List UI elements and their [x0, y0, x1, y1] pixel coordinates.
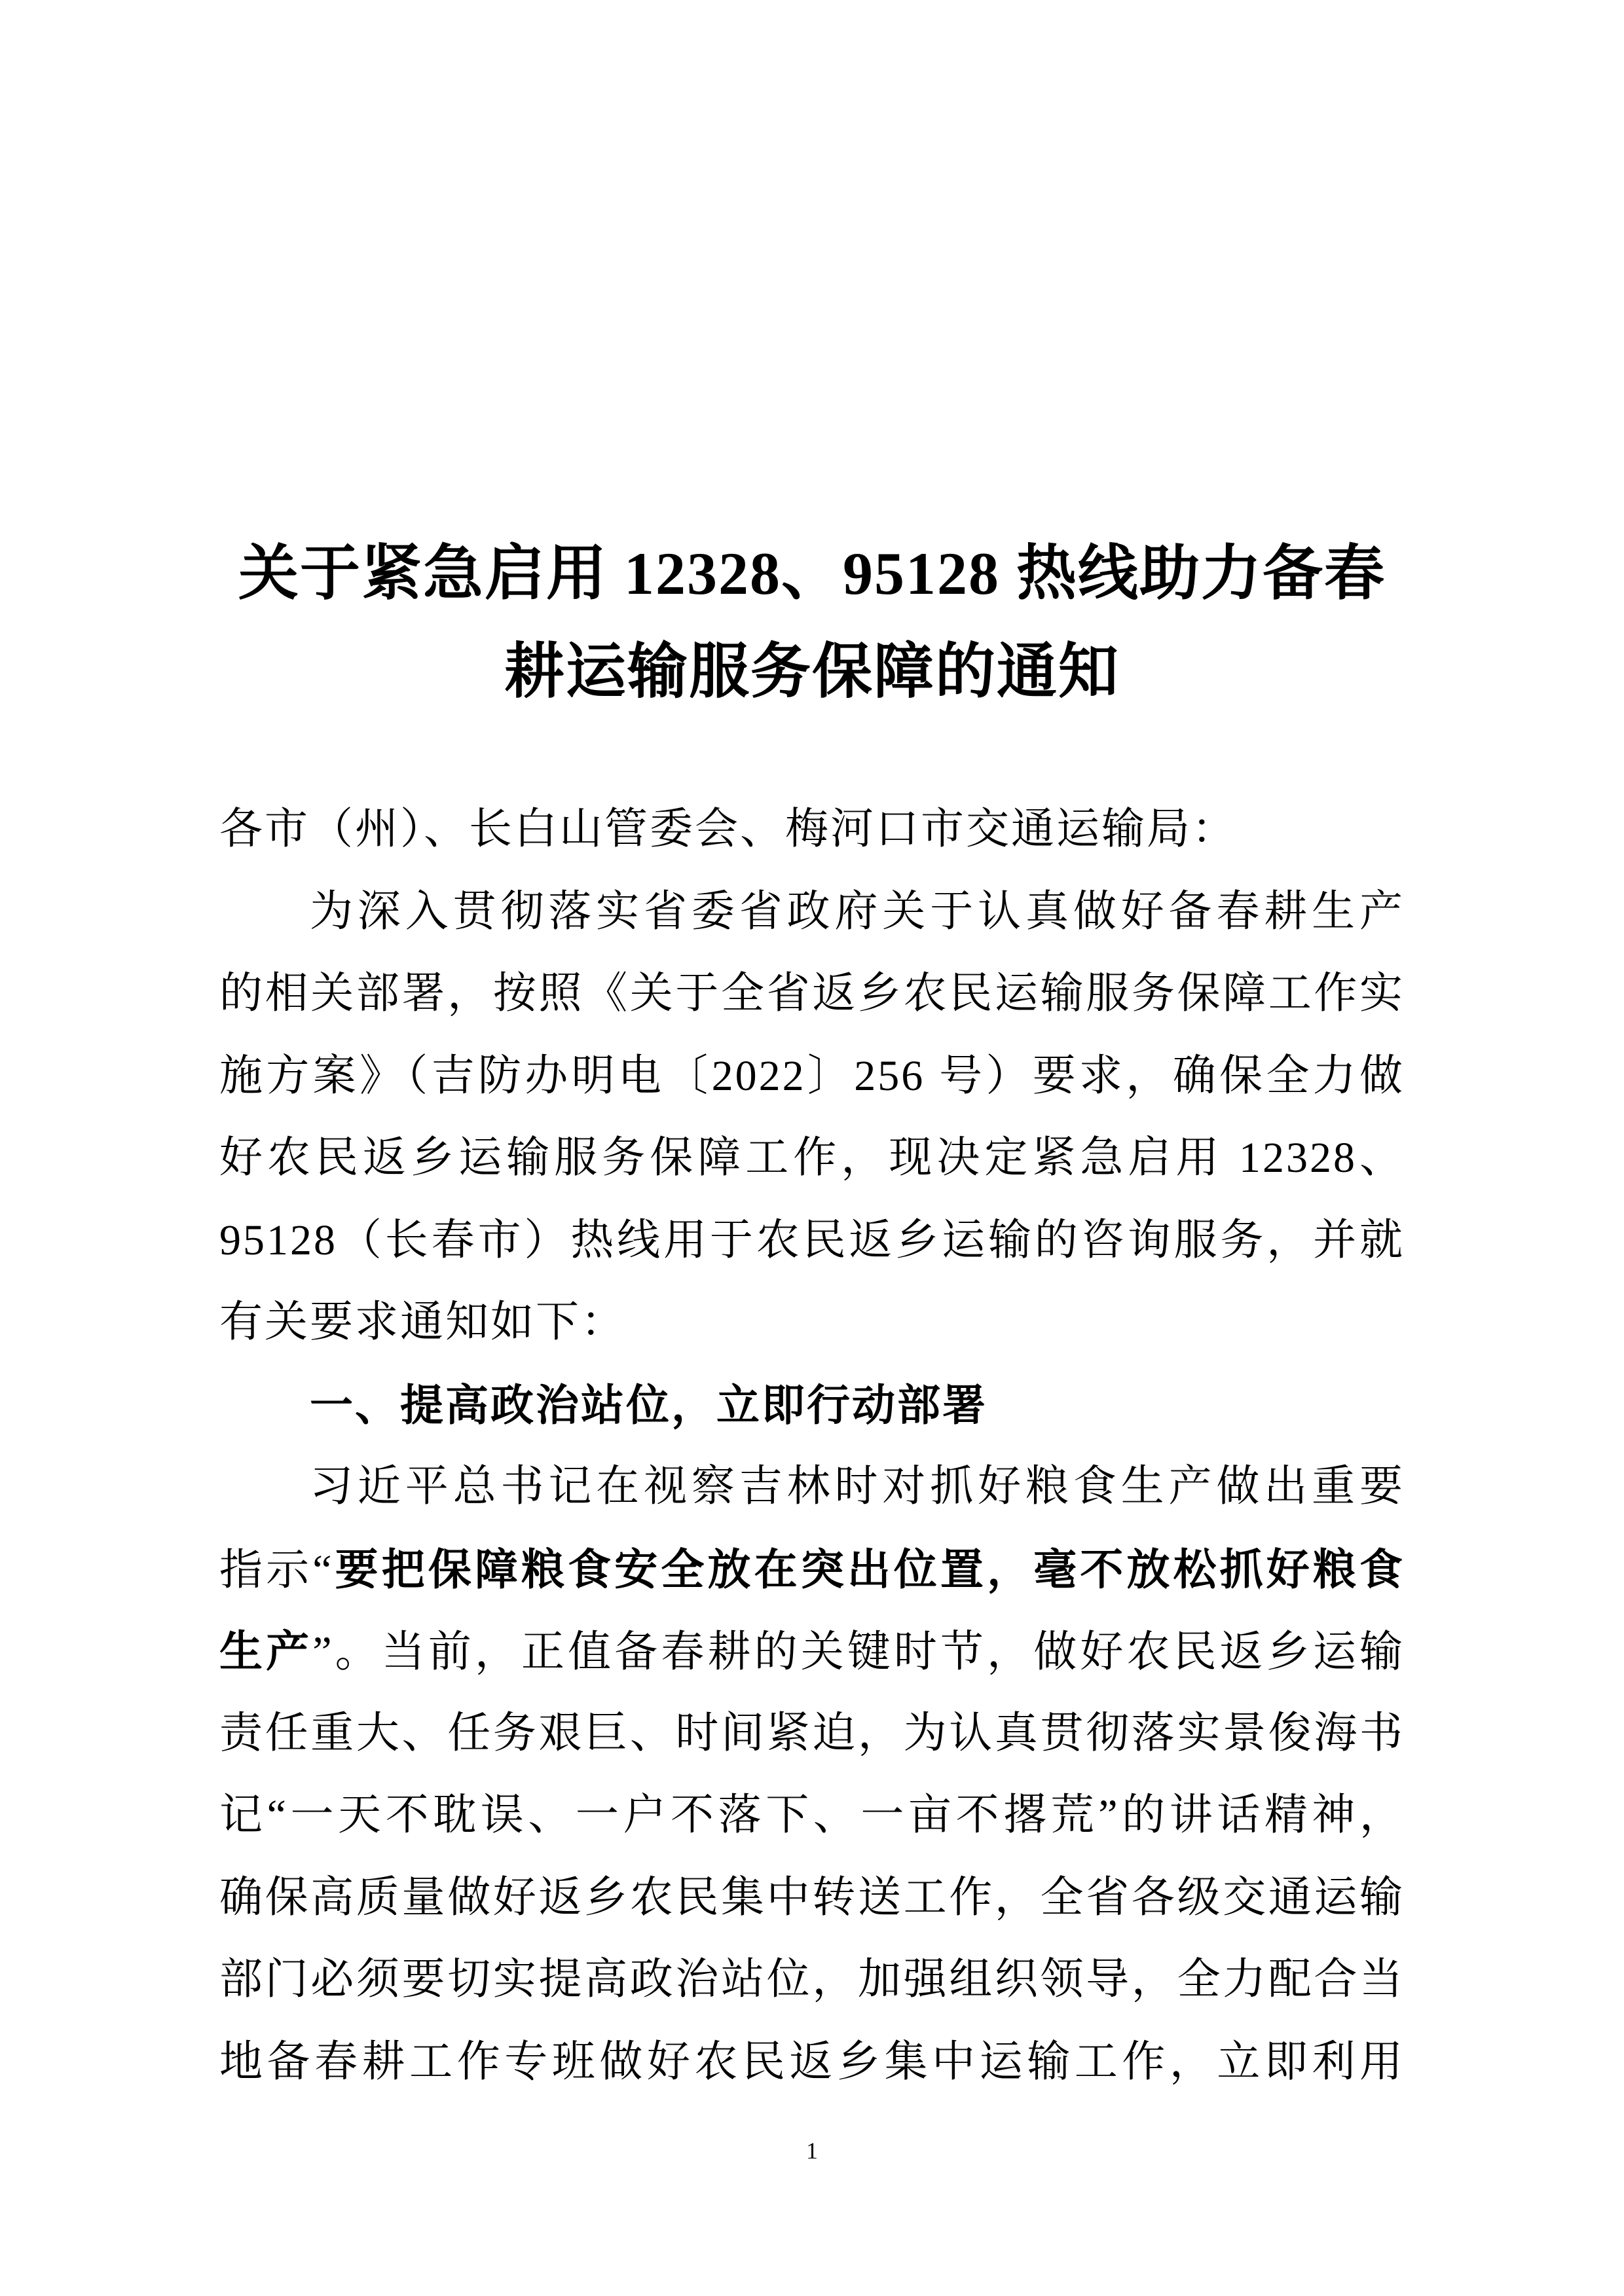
bold-text-segment: 生产: [219, 1627, 312, 1675]
body-line: 地备春耕工作专班做好农民返乡集中运输工作，立即利用: [219, 2021, 1405, 2104]
body-line: 有关要求通知如下：: [219, 1281, 1405, 1364]
body-line: 指示“要把保障粮食安全放在突出位置，毫不放松抓好粮食: [219, 1528, 1405, 1611]
document-page: 关于紧急启用 12328、95128 热线助力备春 耕运输服务保障的通知 各市（…: [0, 0, 1624, 2296]
body-line: 部门必须要切实提高政治站位，加强组织领导，全力配合当: [219, 1939, 1405, 2021]
body-line: 为深入贯彻落实省委省政府关于认真做好备春耕生产: [219, 871, 1405, 953]
body-line: 施方案》（吉防办明电〔2022〕256 号）要求，确保全力做: [219, 1035, 1405, 1118]
body-line: 记“一天不耽误、一户不落下、一亩不撂荒”的讲话精神，: [219, 1774, 1405, 1857]
page-number: 1: [0, 2128, 1624, 2174]
body-line: 的相关部署，按照《关于全省返乡农民运输服务保障工作实: [219, 953, 1405, 1035]
body-text-segment: ”。当前，正值备春耕的关键时节，做好农民返乡运输: [312, 1628, 1405, 1676]
body-line: 95128（长春市）热线用于农民返乡运输的咨询服务，并就: [219, 1199, 1405, 1282]
body-line: 习近平总书记在视察吉林时对抓好粮食生产做出重要: [219, 1446, 1405, 1528]
section-heading: 一、提高政治站位，立即行动部署: [219, 1364, 1405, 1446]
body-line: 好农民返乡运输服务保障工作，现决定紧急启用 12328、: [219, 1117, 1405, 1199]
title-line-1: 关于紧急启用 12328、95128 热线助力备春: [219, 524, 1405, 623]
body-line: 生产”。当前，正值备春耕的关键时节，做好农民返乡运输: [219, 1610, 1405, 1692]
title-line-2: 耕运输服务保障的通知: [219, 623, 1405, 721]
bold-text-segment: 要把保障粮食安全放在突出位置，毫不放松抓好粮食: [334, 1545, 1405, 1594]
salutation-line: 各市（州）、长白山管委会、梅河口市交通运输局：: [219, 788, 1405, 871]
body-text-segment: 指示“: [219, 1546, 334, 1594]
body-line: 责任重大、任务艰巨、时间紧迫，为认真贯彻落实景俊海书: [219, 1692, 1405, 1775]
body-line: 确保高质量做好返乡农民集中转送工作，全省各级交通运输: [219, 1857, 1405, 1939]
document-title: 关于紧急启用 12328、95128 热线助力备春 耕运输服务保障的通知: [219, 524, 1405, 721]
